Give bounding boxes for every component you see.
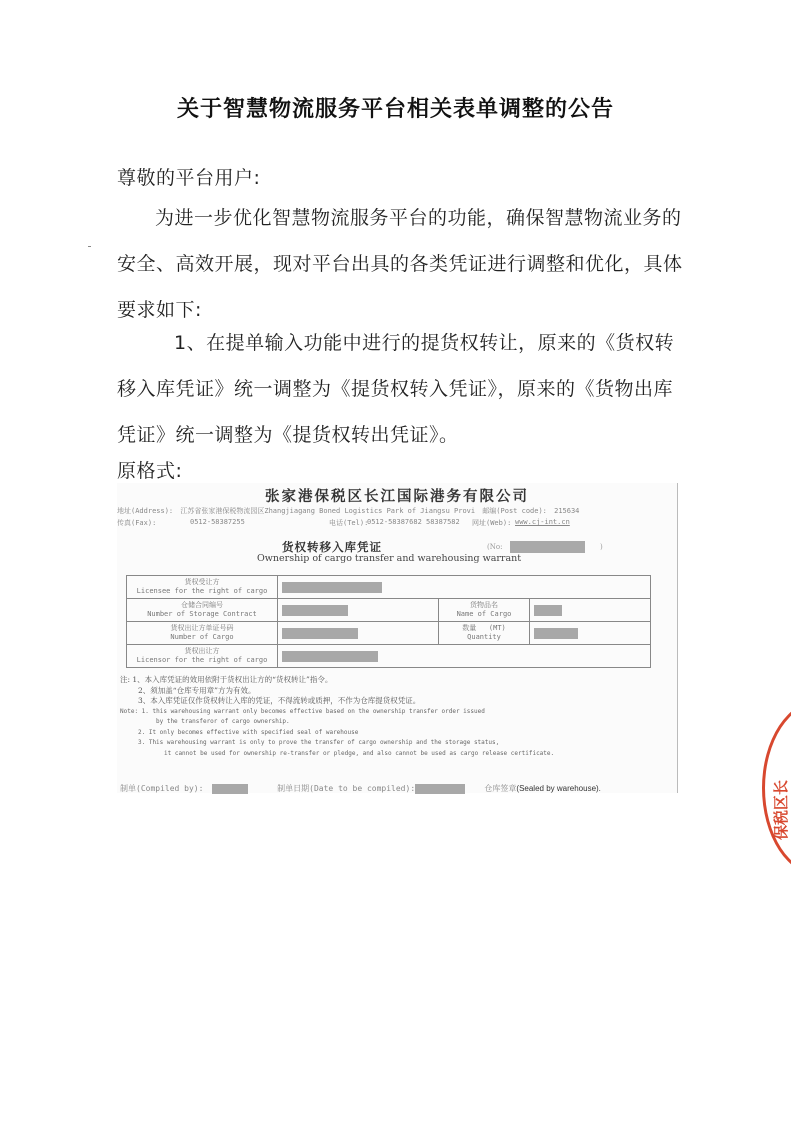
address-line: 地址(Address): 江苏省张家港保税物流园区Zhangjiagang Bo… [117, 506, 582, 516]
table-row: 仓储合同编号Number of Storage Contract 货物品名Nam… [127, 599, 651, 622]
address-value: 江苏省张家港保税物流园区Zhangjiagang Boned Logistics… [180, 507, 475, 515]
redacted-value [282, 605, 348, 616]
table-row: 货权出让方Licensor for the right of cargo [127, 645, 651, 668]
compiled-by-label: 制单(Compiled by): [120, 784, 203, 793]
row-value [278, 576, 651, 599]
form-table: 货权受让方Licensee for the right of cargo 仓储合… [126, 575, 651, 668]
row-label: 数量 (MT)Quantity [439, 622, 530, 645]
original-form-image: 张家港保税区长江国际港务有限公司 地址(Address): 江苏省张家港保税物流… [117, 483, 678, 793]
tel-label: 电话(Tel): [329, 518, 368, 528]
postcode-value: 215634 [554, 507, 579, 515]
row-value [278, 622, 439, 645]
redacted-value [282, 651, 378, 662]
redacted-number [510, 541, 585, 553]
row-label: 货权出让方Licensor for the right of cargo [127, 645, 278, 668]
number-close: ) [600, 543, 603, 551]
postcode-label: 邮编(Post code): [482, 507, 547, 515]
note-cn-2: 2、须加盖“仓库专用章”方为有效。 [120, 686, 554, 697]
row-label: 货物品名Name of Cargo [439, 599, 530, 622]
redacted-compiler [212, 784, 248, 794]
note-cn-1: 注: 1、本入库凭证的效用依附于货权出让方的“货权转让”指令。 [120, 675, 554, 686]
row-label: 货权出让方单证号码Number of Cargo [127, 622, 278, 645]
web-value: www.cj-int.cn [515, 518, 570, 526]
row-value [278, 645, 651, 668]
note-en-1b: by the transferor of cargo ownership. [120, 717, 554, 728]
form-notes: 注: 1、本入库凭证的效用依附于货权出让方的“货权转让”指令。 2、须加盖“仓库… [120, 675, 554, 759]
redacted-date [415, 784, 465, 794]
note-en-3: 3. This warehousing warrant is only to p… [120, 738, 554, 749]
tel-value: 0512-58387682 58387582 [367, 518, 460, 526]
note-cn-3: 3、本入库凭证仅作货权转让入库的凭证，不得流转或质押，不作为仓库提货权凭证。 [120, 696, 554, 707]
fax-label: 传真(Fax): [117, 519, 156, 527]
sealed-label: 仓库签章 [484, 784, 516, 793]
note-en-1: Note: 1. this warehousing warrant only b… [120, 707, 554, 718]
contact-line: 传真(Fax): 0512-58387255 电话(Tel): 0512-583… [117, 518, 677, 528]
number-label: (No: [487, 543, 502, 551]
scan-margin-mark [88, 246, 91, 247]
item-1-paragraph: 1、在提单输入功能中进行的提货权转让，原来的《货权转移入库凭证》统一调整为《提货… [117, 320, 687, 458]
row-value [278, 599, 439, 622]
redacted-value [282, 628, 358, 639]
web-label: 网址(Web): [472, 518, 511, 528]
sealed-en: (Sealed by warehouse). [516, 784, 601, 793]
address-label: 地址(Address): [117, 507, 173, 515]
form-subtitle: Ownership of cargo transfer and warehous… [257, 553, 521, 564]
seal-text: 保税区长 [772, 780, 791, 840]
fax-value: 0512-58387255 [190, 518, 245, 526]
row-label: 货权受让方Licensee for the right of cargo [127, 576, 278, 599]
row-value [530, 599, 651, 622]
form-footer: 制单(Compiled by): 制单日期(Date to be compile… [120, 783, 601, 794]
redacted-value [534, 628, 578, 639]
table-row: 货权出让方单证号码Number of Cargo 数量 (MT)Quantity [127, 622, 651, 645]
redacted-value [282, 582, 382, 593]
date-label: 制单日期(Date to be compiled): [277, 784, 415, 793]
table-row: 货权受让方Licensee for the right of cargo [127, 576, 651, 599]
notice-title: 关于智慧物流服务平台相关表单调整的公告 [0, 92, 791, 123]
company-name: 张家港保税区长江国际港务有限公司 [117, 485, 677, 506]
intro-paragraph: 为进一步优化智慧物流服务平台的功能，确保智慧物流业务的安全、高效开展，现对平台出… [117, 195, 687, 333]
note-en-2: 2. It only becomes effective with specif… [120, 728, 554, 739]
row-label: 仓储合同编号Number of Storage Contract [127, 599, 278, 622]
note-en-3b: it cannot be used for ownership re-trans… [120, 749, 554, 760]
row-value [530, 622, 651, 645]
redacted-value [534, 605, 562, 616]
